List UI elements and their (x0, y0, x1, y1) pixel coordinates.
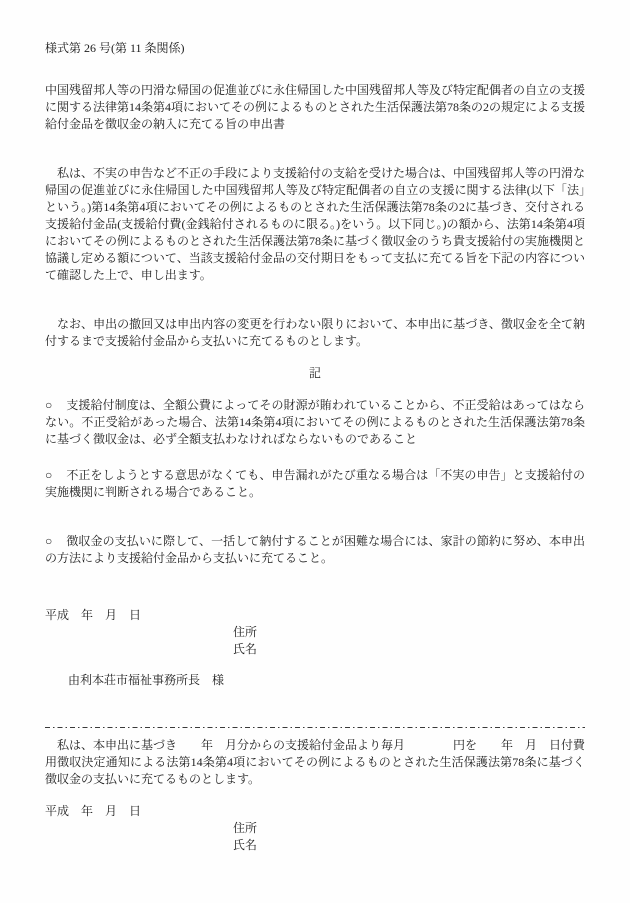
bullet-item-3: ○徴収金の支払いに際して、一括して納付することが困難な場合には、家計の節約に努め… (45, 533, 585, 567)
document-page: 様式第 26 号(第 11 条関係) 中国残留邦人等の円滑な帰国の促進並びに永住… (0, 0, 630, 903)
date-line-lower: 平成 年 月 日 (45, 803, 585, 820)
date-line-upper: 平成 年 月 日 (45, 607, 585, 624)
bullet-item-1: ○支援給付制度は、全額公費によってその財源が賄われていることから、不正受給はあっ… (45, 397, 585, 448)
bullet-text: 徴収金の支払いに際して、一括して納付することが困難な場合には、家計の節約に努め、… (45, 534, 585, 565)
paragraph-lower: 私は、本申出に基づき 年 月分からの支援給付金品より毎月 円を 年 月 日付費用… (45, 737, 585, 788)
bullet-text: 不正をしようとする意思がなくても、申告漏れがたび重なる場合は「不実の申告」と支援… (45, 468, 585, 499)
paragraph-note: なお、申出の撤回又は申出内容の変更を行わない限りにおいて、本申出に基づき、徴収金… (45, 316, 585, 350)
bullet-text: 支援給付制度は、全額公費によってその財源が賄われていることから、不正受給はあって… (45, 398, 585, 446)
bullet-marker: ○ (45, 468, 66, 482)
paragraph-main: 私は、不実の申告など不正の手段により支援給付の支給を受けた場合は、中国残留邦人等… (45, 165, 585, 284)
bullet-item-2: ○不正をしようとする意思がなくても、申告漏れがたび重なる場合は「不実の申告」と支… (45, 467, 585, 501)
address-label: 住所 (233, 624, 585, 641)
signature-block-lower: 住所 氏名 (233, 820, 585, 854)
bullet-marker: ○ (45, 534, 66, 548)
bullet-marker: ○ (45, 398, 66, 412)
form-number: 様式第 26 号(第 11 条関係) (45, 0, 585, 57)
signature-block-upper: 住所 氏名 (233, 624, 585, 658)
name-label-lower: 氏名 (233, 837, 585, 854)
addressee: 由利本荘市福祉事務所長 様 (68, 672, 585, 689)
cut-line-divider (45, 727, 585, 728)
ki-heading: 記 (45, 365, 585, 382)
document-title: 中国残留邦人等の円滑な帰国の促進並びに永住帰国した中国残留邦人等及び特定配偶者の… (45, 82, 585, 133)
address-label-lower: 住所 (233, 820, 585, 837)
name-label: 氏名 (233, 641, 585, 658)
